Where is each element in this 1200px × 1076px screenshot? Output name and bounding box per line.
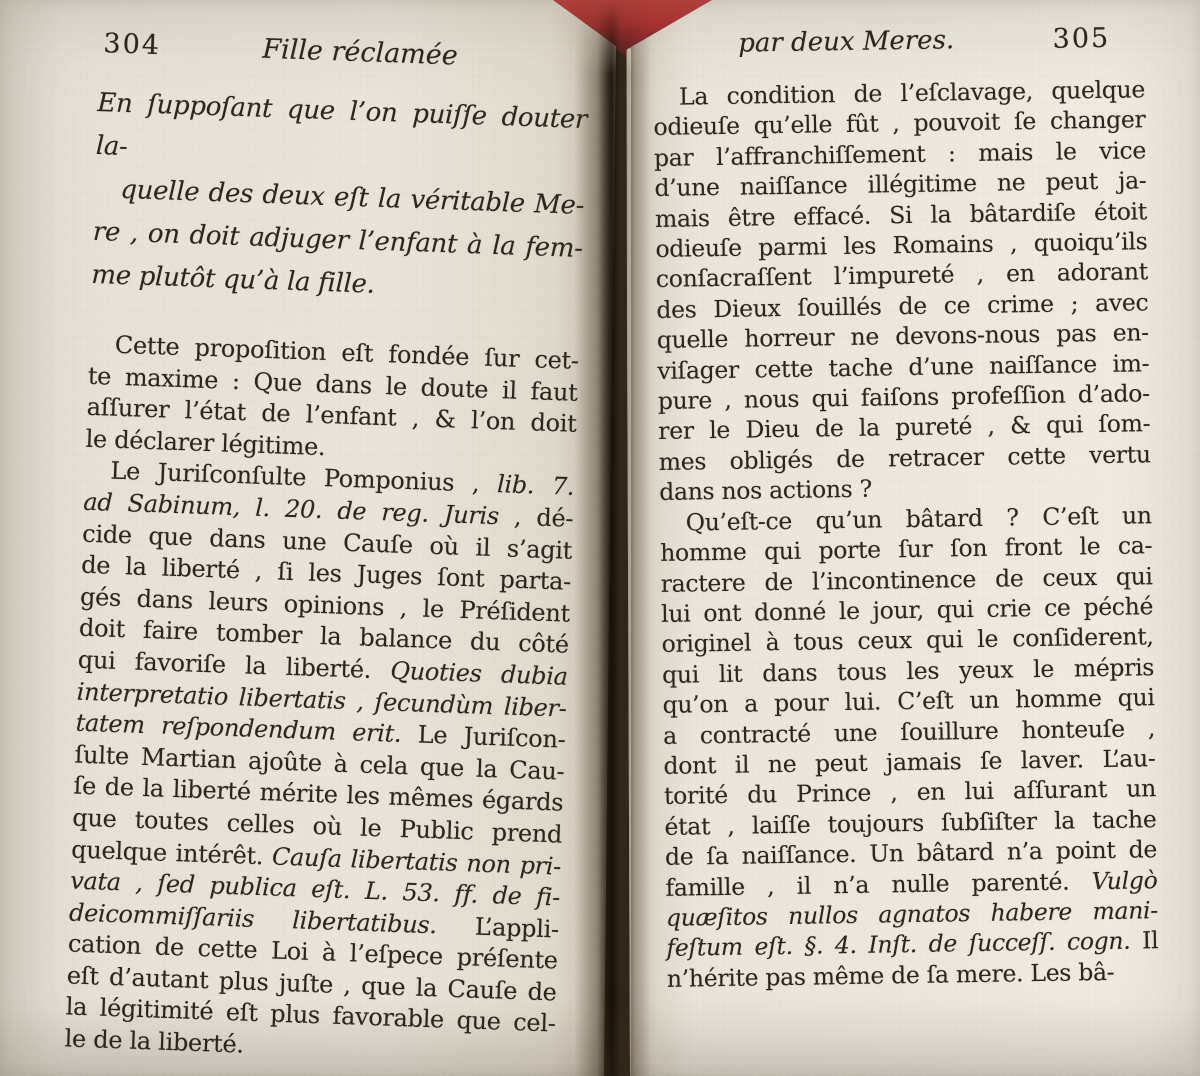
- right-page-header: par deux Meres. 305: [652, 22, 1145, 68]
- paragraph: Cette propoſition eſt fondée ſur cet-te …: [85, 329, 579, 472]
- left-page-text: En ſuppoſant que l’on puiſſe douter la-q…: [64, 82, 588, 1072]
- paragraph: En ſuppoſant que l’on puiſſe douter la-q…: [91, 82, 588, 314]
- paragraph: Le Juriſconſulte Pomponius , lib. 7.ad S…: [64, 455, 575, 1072]
- page-number-left: 304: [103, 28, 162, 61]
- paragraph: Qu’eſt-ce qu’un bâtard ? C’eſt unhomme q…: [660, 500, 1160, 994]
- left-page-content: 304 Fille réclamée En ſuppoſant que l’on…: [64, 28, 590, 1072]
- running-title-left: Fille réclamée: [262, 34, 458, 72]
- paragraph: La condition de l’eſclavage, quelqueodie…: [653, 74, 1152, 507]
- right-page-text: La condition de l’eſclavage, quelqueodie…: [653, 74, 1159, 994]
- page-number-right: 305: [1052, 23, 1110, 55]
- right-page-content: par deux Meres. 305 La condition de l’eſ…: [652, 22, 1159, 994]
- book-photo: 304 Fille réclamée En ſuppoſant que l’on…: [0, 0, 1200, 1076]
- running-title-right: par deux Meres.: [738, 25, 954, 58]
- gutter-shadow: [574, 0, 650, 1076]
